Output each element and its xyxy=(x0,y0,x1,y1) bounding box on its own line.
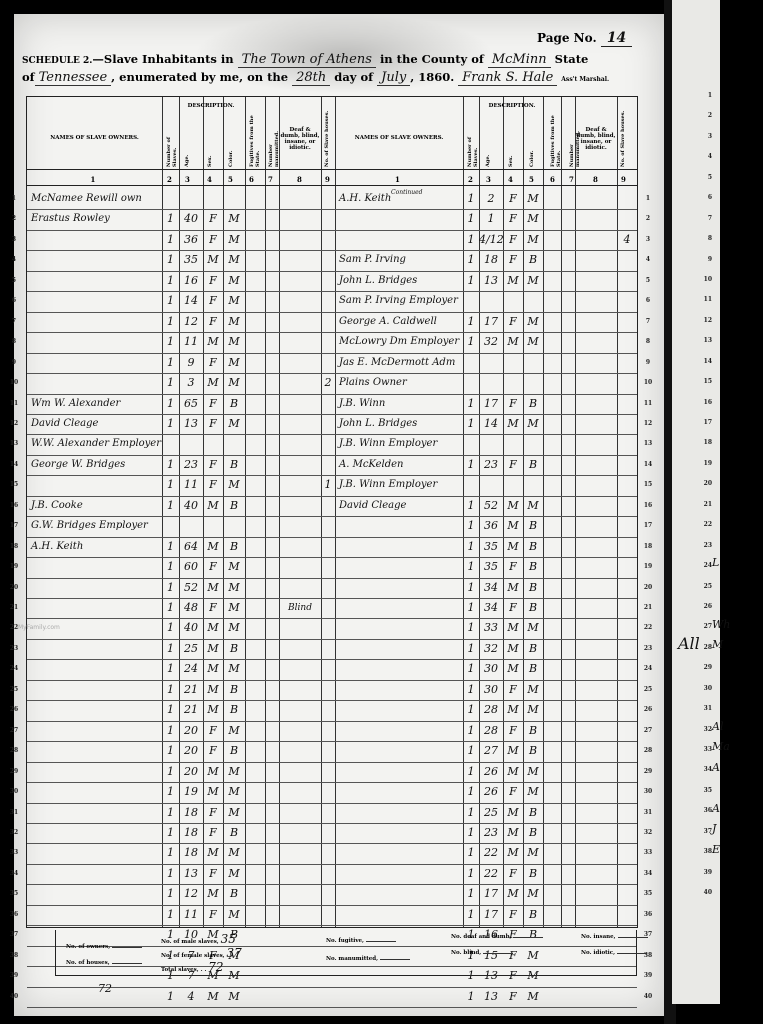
column-number: 5 xyxy=(228,175,233,184)
slave-count: 1 xyxy=(463,332,479,352)
slave-count: 1 xyxy=(463,496,479,516)
slave-sex: M xyxy=(503,659,523,679)
table-row-right: 127MB28 xyxy=(321,741,637,761)
table-row-left: 5116FM xyxy=(27,271,335,291)
slave-color: M xyxy=(523,271,543,291)
adjacent-row-number: 11 xyxy=(700,290,712,310)
table-row-left: 28120FB xyxy=(27,741,335,761)
table-row-right: 122MM33 xyxy=(321,843,637,863)
slave-age: 40 xyxy=(179,618,203,638)
adjacent-row-number: 16 xyxy=(700,393,712,413)
adjacent-row-number: 7 xyxy=(700,209,712,229)
adjacent-row-number: 33 xyxy=(700,740,712,760)
slave-color: M xyxy=(523,496,543,516)
row-number: 23 xyxy=(7,639,21,659)
row-number: 11 xyxy=(641,394,655,414)
column-number: 4 xyxy=(508,175,513,184)
slave-sex: F xyxy=(203,803,223,823)
slave-count: 1 xyxy=(463,884,479,904)
column-header-age: Age. xyxy=(485,137,491,167)
slave-color: B xyxy=(523,864,543,884)
slave-count: 1 xyxy=(463,762,479,782)
row-number: 12 xyxy=(641,414,655,434)
manumitted-count: No. manumitted, xyxy=(326,956,410,962)
row-number: 19 xyxy=(641,557,655,577)
slave-color: B xyxy=(223,496,245,516)
blind-count: No. blind, xyxy=(451,950,513,956)
slave-age: 14 xyxy=(179,291,203,311)
slave-age: 34 xyxy=(479,578,503,598)
slave-color: B xyxy=(523,598,543,618)
column-header-color: Color. xyxy=(529,137,535,167)
schedule-label: SCHEDULE 2. xyxy=(22,56,92,66)
slave-age: 23 xyxy=(179,455,203,475)
slave-count: 1 xyxy=(463,741,479,761)
slave-sex: F xyxy=(503,250,523,270)
slave-age: 52 xyxy=(179,578,203,598)
slave-color: M xyxy=(223,230,245,250)
slave-sex: M xyxy=(503,803,523,823)
owner-name: Sam P. Irving Employer xyxy=(339,291,458,311)
slave-sex: F xyxy=(203,905,223,925)
slave-sex: M xyxy=(503,823,523,843)
row-number: 24 xyxy=(641,659,655,679)
adjacent-row-number: 29 xyxy=(700,658,712,678)
slave-age: 30 xyxy=(479,659,503,679)
owner-name: George A. Caldwell xyxy=(339,312,437,332)
slave-color: M xyxy=(523,189,543,209)
slave-color: M xyxy=(223,353,245,373)
slave-age: 20 xyxy=(179,721,203,741)
slave-color: M xyxy=(223,905,245,925)
slave-age: 11 xyxy=(179,475,203,495)
owner-name: W.W. Alexander Employer xyxy=(31,434,161,454)
slave-age: 26 xyxy=(479,782,503,802)
table-row-left: 12David Cleage113FM xyxy=(27,414,335,434)
slave-age: 13 xyxy=(479,271,503,291)
adjacent-row-number: 14 xyxy=(700,352,712,372)
slave-sex: F xyxy=(503,680,523,700)
county-label: in the County of xyxy=(380,52,484,66)
slave-count: 1 xyxy=(463,271,479,291)
slave-count: 1 xyxy=(463,598,479,618)
row-number: 16 xyxy=(7,496,21,516)
slave-count: 1 xyxy=(162,762,179,782)
year-text: , 1860. xyxy=(410,70,454,84)
row-number: 5 xyxy=(7,271,21,291)
column-header-sex: Sex. xyxy=(207,137,213,167)
adjacent-row-number: 32 xyxy=(700,720,712,740)
row-number: 3 xyxy=(7,230,21,250)
slave-age: 30 xyxy=(479,680,503,700)
slave-color: B xyxy=(523,250,543,270)
slave-count: 1 xyxy=(162,578,179,598)
slave-count: 1 xyxy=(463,312,479,332)
table-row-right: 135MB18 xyxy=(321,537,637,557)
adjacent-row-number: 35 xyxy=(700,781,712,801)
owner-name: McNamee Rewill own xyxy=(31,189,142,209)
row-number: 29 xyxy=(641,762,655,782)
slave-age: 11 xyxy=(179,905,203,925)
row-number: 15 xyxy=(641,475,655,495)
slave-sex: M xyxy=(503,516,523,536)
row-number: 24 xyxy=(7,659,21,679)
table-row-left: 19160FM xyxy=(27,557,335,577)
day-of-label: day of xyxy=(334,70,373,84)
slave-count: 1 xyxy=(162,475,179,495)
row-number: 26 xyxy=(641,700,655,720)
page-number: Page No. 14 xyxy=(537,30,632,46)
column-number: 6 xyxy=(550,175,555,184)
owner-name: David Cleage xyxy=(31,414,98,434)
slave-count: 1 xyxy=(162,659,179,679)
slave-count: 1 xyxy=(162,291,179,311)
slave-sex: M xyxy=(203,250,223,270)
slave-age: 21 xyxy=(179,700,203,720)
owners-count: No. of owners, xyxy=(66,944,142,950)
column-header-slave-houses: No. of Slave houses. xyxy=(324,107,330,167)
column-number: 3 xyxy=(486,175,491,184)
table-row-left: 4014MM xyxy=(27,987,335,1007)
slave-age: 48 xyxy=(179,598,203,618)
table-row-right: 128MM26 xyxy=(321,700,637,720)
row-number: 28 xyxy=(641,741,655,761)
row-rule xyxy=(27,1007,637,1008)
owner-name: A. McKelden xyxy=(339,455,404,475)
slave-sex: F xyxy=(503,189,523,209)
slave-age: 33 xyxy=(479,618,503,638)
houses-count: No. of houses, xyxy=(66,960,142,966)
slave-color: B xyxy=(523,557,543,577)
adjacent-row-number: 24 xyxy=(700,556,712,576)
row-number: 6 xyxy=(641,291,655,311)
slave-count: 1 xyxy=(162,598,179,618)
slave-sex: F xyxy=(503,394,523,414)
row-number: 18 xyxy=(641,537,655,557)
state-label: State xyxy=(555,52,589,66)
slave-color: M xyxy=(523,332,543,352)
slave-age: 36 xyxy=(479,516,503,536)
slave-count: 1 xyxy=(463,659,479,679)
of-label: of xyxy=(22,70,35,84)
slave-count: 1 xyxy=(162,618,179,638)
row-number: 8 xyxy=(641,332,655,352)
table-row-right: 14/12FM43 xyxy=(321,230,637,250)
slave-color: M xyxy=(223,373,245,393)
slave-age: 64 xyxy=(179,537,203,557)
margin-mark: All xyxy=(678,634,700,653)
slave-sex: F xyxy=(203,598,223,618)
table-row-right: 123MB32 xyxy=(321,823,637,843)
slave-sex: M xyxy=(503,762,523,782)
watermark: MyFamily.com xyxy=(18,624,60,631)
owner-name: Jas E. McDermott Adm xyxy=(339,353,455,373)
slave-count: 1 xyxy=(162,414,179,434)
adjacent-row-number: 10 xyxy=(700,270,712,290)
slave-sex: F xyxy=(503,455,523,475)
row-number: 19 xyxy=(7,557,21,577)
slave-count: 1 xyxy=(162,250,179,270)
owner-name: McLowry Dm Employer xyxy=(339,332,459,352)
table-row-left: 20152MM xyxy=(27,578,335,598)
slave-count: 1 xyxy=(162,864,179,884)
row-number: 32 xyxy=(641,823,655,843)
table-row-left: 8111MM xyxy=(27,332,335,352)
table-row-right: David Cleage152MM16 xyxy=(321,496,637,516)
slave-sex: M xyxy=(203,537,223,557)
slave-count: 1 xyxy=(162,557,179,577)
slave-age: 25 xyxy=(479,803,503,823)
row-number: 35 xyxy=(641,884,655,904)
row-number: 7 xyxy=(7,312,21,332)
slave-count: 1 xyxy=(162,803,179,823)
row-number: 9 xyxy=(7,353,21,373)
slave-color: B xyxy=(223,700,245,720)
slave-count: 1 xyxy=(463,516,479,536)
slave-sex: F xyxy=(503,864,523,884)
slave-sex: M xyxy=(203,618,223,638)
table-row-left: 33118MM xyxy=(27,843,335,863)
slave-age: 4/12 xyxy=(479,230,503,250)
owner-name: Erastus Rowley xyxy=(31,209,110,229)
header-divider xyxy=(27,169,637,170)
page-number-label: Page No. xyxy=(537,31,597,45)
slave-color: M xyxy=(523,843,543,863)
deaf-blind-note: Blind xyxy=(279,598,321,618)
row-number: 39 xyxy=(641,966,655,986)
slave-color: B xyxy=(523,455,543,475)
slave-color: M xyxy=(223,843,245,863)
row-number: 7 xyxy=(641,312,655,332)
slave-age: 19 xyxy=(179,782,203,802)
table-row-right: 117MM35 xyxy=(321,884,637,904)
column-header-age: Age. xyxy=(184,137,190,167)
row-number: 35 xyxy=(7,884,21,904)
row-number: 4 xyxy=(7,250,21,270)
slave-sex: M xyxy=(203,496,223,516)
slave-schedule-table: NAMES OF SLAVE OWNERS.Number of Slaves.D… xyxy=(26,96,638,928)
table-row-left: 18A.H. Keith164MB xyxy=(27,537,335,557)
table-row-right: 126MM29 xyxy=(321,762,637,782)
slave-sex: F xyxy=(203,864,223,884)
slave-color: B xyxy=(523,803,543,823)
slave-sex: M xyxy=(503,414,523,434)
table-row-right: J.B. Winn117FB11 xyxy=(321,394,637,414)
slave-age: 18 xyxy=(179,803,203,823)
day-value: 28th xyxy=(292,70,330,86)
slave-sex: F xyxy=(203,721,223,741)
title-text: —Slave Inhabitants in xyxy=(92,52,233,66)
slave-age: 2 xyxy=(479,189,503,209)
slave-age: 40 xyxy=(179,209,203,229)
deaf-dumb-count: No. deaf and dumb, xyxy=(451,934,543,940)
table-row-left: 7112FM xyxy=(27,312,335,332)
slave-sex: M xyxy=(203,639,223,659)
slave-sex: F xyxy=(203,414,223,434)
table-row-left: 30119MM xyxy=(27,782,335,802)
owner-name: J.B. Winn Employer xyxy=(339,434,437,454)
adjacent-row-number: 15 xyxy=(700,372,712,392)
adjacent-row-number: 1 xyxy=(700,86,712,106)
slave-age: 40 xyxy=(179,496,203,516)
slave-age: 11 xyxy=(179,332,203,352)
slave-age: 32 xyxy=(479,639,503,659)
table-row-left: 23125MB xyxy=(27,639,335,659)
county-value: McMinn xyxy=(488,52,551,68)
bottom-note: 72 xyxy=(98,982,112,995)
owner-name: John L. Bridges xyxy=(339,271,417,291)
row-number: 37 xyxy=(7,925,21,945)
row-number: 16 xyxy=(641,496,655,516)
slave-houses-prev: 2 xyxy=(321,373,335,393)
row-number: 32 xyxy=(7,823,21,843)
slave-age: 23 xyxy=(479,455,503,475)
slave-sex: M xyxy=(203,762,223,782)
adjacent-row-number: 19 xyxy=(700,454,712,474)
column-number: 1 xyxy=(91,175,96,184)
column-header-sex: Sex. xyxy=(508,137,514,167)
slave-color: M xyxy=(223,803,245,823)
row-number: 30 xyxy=(7,782,21,802)
table-row-left: 22140MM xyxy=(27,618,335,638)
slave-sex: M xyxy=(203,884,223,904)
row-number: 20 xyxy=(641,578,655,598)
table-row-left: 15111FM xyxy=(27,475,335,495)
slave-count: 1 xyxy=(463,537,479,557)
slave-age: 16 xyxy=(179,271,203,291)
column-header-slave-houses: No. of Slave houses. xyxy=(620,107,626,167)
slave-color: B xyxy=(223,741,245,761)
table-row-left: 1013MM xyxy=(27,373,335,393)
table-row-left: 4135MM xyxy=(27,250,335,270)
slave-age: 17 xyxy=(479,312,503,332)
slave-count: 1 xyxy=(162,332,179,352)
adjacent-page-text-fragment: A xyxy=(712,761,720,774)
slave-age: 18 xyxy=(179,843,203,863)
owner-name: J.B. Winn Employer xyxy=(339,475,437,495)
row-number: 11 xyxy=(7,394,21,414)
column-header-number: Number of Slaves. xyxy=(166,117,178,167)
slave-color: M xyxy=(223,618,245,638)
slave-count: 1 xyxy=(162,455,179,475)
adjacent-row-number: 8 xyxy=(700,229,712,249)
slave-sex: F xyxy=(203,291,223,311)
adjacent-page-row-numbers: 1234567891011121314151617181920212223242… xyxy=(700,86,712,904)
slave-sex: M xyxy=(503,639,523,659)
column-number: 2 xyxy=(167,175,172,184)
table-row-right: John L. Bridges113MM5 xyxy=(321,271,637,291)
owner-name: Wm W. Alexander xyxy=(31,394,120,414)
adjacent-row-number: 17 xyxy=(700,413,712,433)
slave-age: 24 xyxy=(179,659,203,679)
slave-age: 52 xyxy=(479,496,503,516)
slave-color: M xyxy=(523,762,543,782)
slave-age: 18 xyxy=(479,250,503,270)
slave-color: M xyxy=(223,271,245,291)
slave-age: 26 xyxy=(479,762,503,782)
adjacent-row-number: 31 xyxy=(700,699,712,719)
slave-color: B xyxy=(523,721,543,741)
slave-age: 22 xyxy=(479,864,503,884)
slave-color: B xyxy=(223,639,245,659)
slave-count: 1 xyxy=(463,823,479,843)
slave-color: M xyxy=(223,209,245,229)
row-number: 33 xyxy=(641,843,655,863)
slave-count: 1 xyxy=(162,884,179,904)
slave-age: 4 xyxy=(179,987,203,1007)
slave-count: 1 xyxy=(463,864,479,884)
slave-count: 1 xyxy=(162,782,179,802)
slave-color: M xyxy=(223,782,245,802)
table-row-left: 3136FM xyxy=(27,230,335,250)
slave-age: 13 xyxy=(479,987,503,1007)
slave-count: 1 xyxy=(463,639,479,659)
table-row-right: 1J.B. Winn Employer15 xyxy=(321,475,637,495)
slave-color: B xyxy=(523,659,543,679)
slave-age: 13 xyxy=(179,864,203,884)
table-row-left: 21148FMBlind xyxy=(27,598,335,618)
total-slaves-count: Total slaves, . . 72 xyxy=(161,960,224,974)
row-number: 31 xyxy=(7,803,21,823)
slave-age: 35 xyxy=(479,557,503,577)
slave-color: M xyxy=(523,987,543,1007)
slave-count: 1 xyxy=(463,700,479,720)
slave-count: 1 xyxy=(162,271,179,291)
row-number: 26 xyxy=(7,700,21,720)
marshal-label: Ass't Marshal. xyxy=(561,76,609,83)
slave-count: 1 xyxy=(162,353,179,373)
adjacent-page-text-fragment: M xyxy=(712,638,723,651)
row-number: 27 xyxy=(641,721,655,741)
table-row-left: 14George W. Bridges123FB xyxy=(27,455,335,475)
slave-color: M xyxy=(523,884,543,904)
slave-age: 20 xyxy=(179,762,203,782)
slave-color: B xyxy=(523,741,543,761)
adjacent-row-number: 26 xyxy=(700,597,712,617)
row-number: 4 xyxy=(641,250,655,270)
table-row-right: 128FB27 xyxy=(321,721,637,741)
slave-age: 9 xyxy=(179,353,203,373)
slave-count: 1 xyxy=(162,721,179,741)
column-number: 2 xyxy=(468,175,473,184)
adjacent-page-text-fragment: Wh xyxy=(712,618,730,631)
slave-count: 1 xyxy=(463,843,479,863)
row-number: 20 xyxy=(7,578,21,598)
slave-age: 14 xyxy=(479,414,503,434)
slave-sex: M xyxy=(203,680,223,700)
slave-count: 1 xyxy=(162,680,179,700)
table-row-left: 6114FM xyxy=(27,291,335,311)
slave-color: B xyxy=(223,884,245,904)
owner-name: David Cleage xyxy=(339,496,406,516)
row-number: 22 xyxy=(641,618,655,638)
slave-color: M xyxy=(523,782,543,802)
female-slaves-count: No. of female slaves, 37 xyxy=(161,946,242,960)
slave-count: 1 xyxy=(463,557,479,577)
slave-age: 27 xyxy=(479,741,503,761)
row-number: 18 xyxy=(7,537,21,557)
slave-color: M xyxy=(223,250,245,270)
table-row-right: 113FM40 xyxy=(321,987,637,1007)
slave-color: B xyxy=(223,537,245,557)
slave-sex: M xyxy=(203,659,223,679)
page-number-value: 14 xyxy=(601,30,632,47)
slave-age: 12 xyxy=(179,312,203,332)
slave-count: 1 xyxy=(463,209,479,229)
table-row-right: George A. Caldwell117FM7 xyxy=(321,312,637,332)
adjacent-row-number: 21 xyxy=(700,495,712,515)
table-row-right: Sam P. Irving Employer6 xyxy=(321,291,637,311)
